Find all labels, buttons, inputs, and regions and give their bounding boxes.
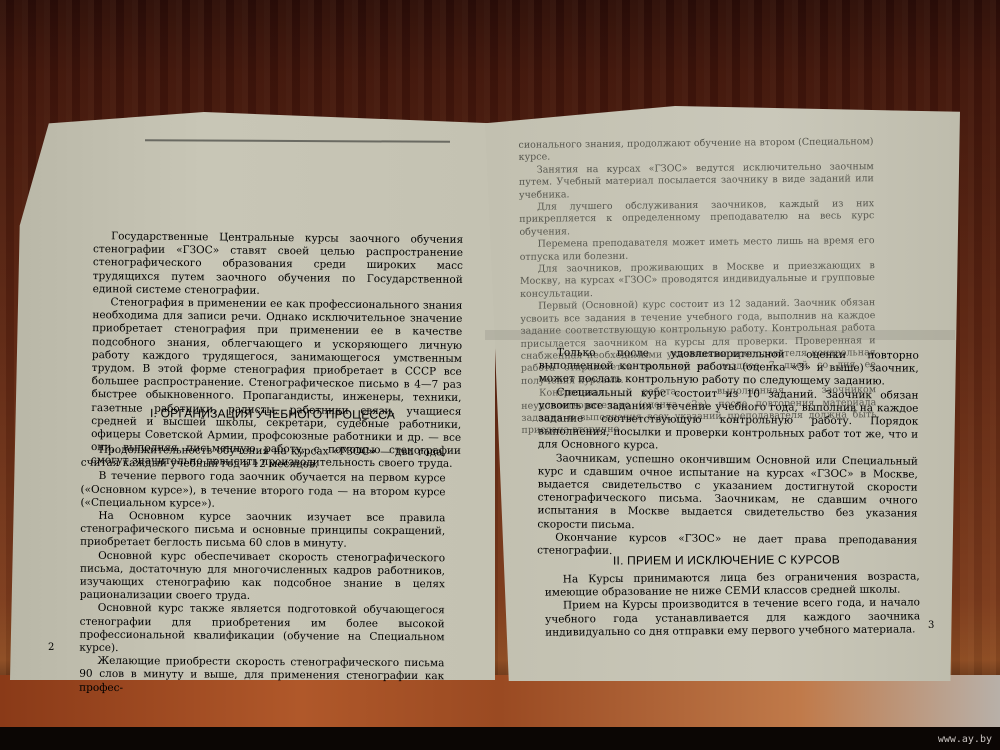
paragraph: Для заочников, проживающих в Москве и пр… <box>520 260 875 301</box>
section-heading-1: I. ОРГАНИЗАЦИЯ УЧЕБНОГО ПРОЦЕССА <box>150 406 395 422</box>
paragraph: Специальный курс состоит из 10 заданий. … <box>538 386 919 455</box>
paragraph: Перемена преподавателя может иметь место… <box>519 235 874 264</box>
paragraph: Только после удовлетворительной оценки п… <box>539 346 919 389</box>
paragraph: Государственные Центральные курсы заочно… <box>93 230 464 300</box>
paragraph: Для лучшего обслуживания заочников, кажд… <box>519 198 874 239</box>
paragraph: Занятия на курсах «ГЗОС» ведутся исключи… <box>519 161 874 202</box>
paragraph: На Основном курсе заочник изучает все пр… <box>80 510 445 552</box>
left-intro-text: Государственные Центральные курсы заочно… <box>91 230 463 472</box>
paragraph: В течение первого года заочник обучается… <box>80 470 445 512</box>
paragraph: На Курсы принимаются лица без ограничени… <box>545 570 920 600</box>
paragraph: Заочникам, успешно окончившим Основной и… <box>537 452 918 535</box>
watermark: www.ay.by <box>938 734 992 745</box>
table-shadow <box>0 727 1000 750</box>
paragraph: Прием на Курсы производится в течение вс… <box>545 597 920 640</box>
right-lower-text: Только после удовлетворительной оценки п… <box>537 346 919 561</box>
left-section-text: Продолжительность обучения на курсах «ГЗ… <box>79 444 446 697</box>
paragraph: Основной курс обеспечивает скорость стен… <box>80 549 445 604</box>
paragraph: сионального знания, продолжают обучение … <box>518 136 873 165</box>
paragraph: Основной курс также является подготовкой… <box>79 602 444 657</box>
page-number-left: 2 <box>48 642 54 653</box>
page-number-right: 3 <box>928 620 934 631</box>
right-section-text: На Курсы принимаются лица без ограничени… <box>545 570 921 639</box>
section-heading-2: II. ПРИЕМ И ИСКЛЮЧЕНИЕ С КУРСОВ <box>613 552 840 567</box>
paragraph: Продолжительность обучения на курсах «ГЗ… <box>81 444 446 473</box>
paragraph: Желающие приобрести скорость стенографич… <box>79 655 444 697</box>
